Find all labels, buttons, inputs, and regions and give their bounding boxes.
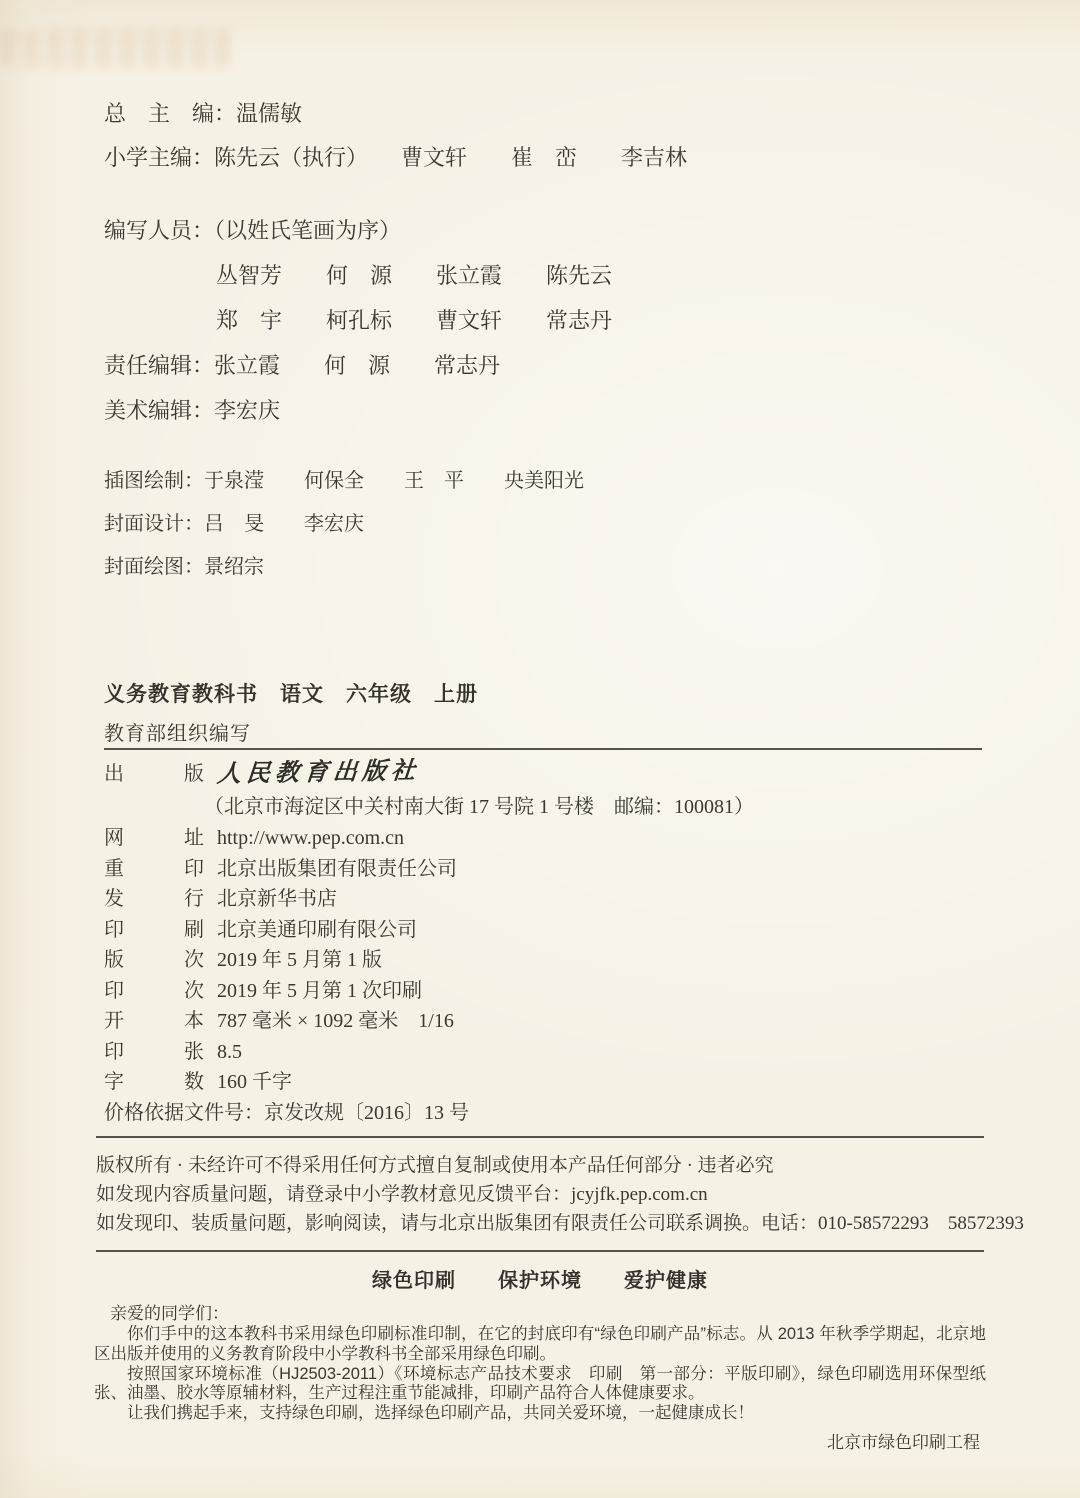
compilers-name-row: 丛智芳 何 源 张立霞 陈先云: [104, 253, 612, 298]
green-print-paragraph-3: 让我们携起手来，支持绿色印刷，选择绿色印刷产品，共同关爱环境，一起健康成长！: [94, 1404, 986, 1424]
responsible-editor-row: 责任编辑：张立霞 何 源 常志丹: [104, 343, 612, 388]
chief-editors-block: 总 主 编：温儒敏 小学主编：陈先云（执行） 曹文轩 崔 峦 李吉林: [104, 92, 687, 180]
cover-art-label: 封面绘图：: [104, 556, 204, 578]
impression-row: 印 次2019 年 5 月第 1 次印刷: [104, 976, 754, 1007]
compilers-header-row: 编写人员：（以姓氏笔画为序）: [104, 208, 612, 253]
chief-editor-label: 总 主 编：: [104, 101, 236, 126]
exchange-line: 如发现印、装质量问题，影响阅读，请与北京出版集团有限责任公司联系调换。电话：01…: [96, 1209, 1024, 1238]
format-value: 787 毫米 × 1092 毫米 1/16: [217, 1010, 454, 1032]
sheets-label: 印 张: [104, 1041, 204, 1063]
publisher-row: 出 版人民教育出版社: [104, 757, 754, 791]
wordcount-value: 160 千字: [217, 1071, 292, 1093]
divider-top: [104, 748, 982, 750]
price-doc-line: 价格依据文件号：京发改规〔2016〕13 号: [104, 1098, 754, 1129]
impression-label: 印 次: [104, 980, 204, 1002]
cover-design-names: 吕 旻 李宏庆: [204, 513, 364, 535]
book-title-block: 义务教育教科书 语文 六年级 上册 教育部组织编写: [104, 678, 478, 746]
green-print-block: 绿色印刷 保护环境 爱护健康 亲爱的同学们： 你们手中的这本教科书采用绿色印刷标…: [94, 1264, 986, 1453]
compilers-order-note: （以姓氏笔画为序）: [214, 218, 401, 243]
book-byline: 教育部组织编写: [104, 717, 478, 746]
green-print-salutation: 亲爱的同学们：: [94, 1303, 986, 1325]
cover-design-row: 封面设计：吕 旻 李宏庆: [104, 503, 584, 546]
primary-editors-label: 小学主编：: [104, 145, 214, 170]
publication-block: 出 版人民教育出版社 （北京市海淀区中关村南大街 17 号院 1 号楼 邮编：1…: [104, 757, 754, 1128]
art-editor-label: 美术编辑：: [104, 398, 214, 423]
copyright-notice: 版权所有 · 未经许可不得采用任何方式擅自复制或使用本产品任何部分 · 违者必究: [96, 1151, 1024, 1180]
chief-editor-row: 总 主 编：温儒敏: [104, 92, 687, 136]
cover-design-label: 封面设计：: [104, 513, 204, 535]
distribution-label: 发 行: [104, 888, 204, 910]
green-print-signature: 北京市绿色印刷工程: [94, 1428, 986, 1453]
cover-art-row: 封面绘图：景绍宗: [104, 546, 584, 589]
distribution-value: 北京新华书店: [217, 888, 337, 910]
publisher-logotype: 人民教育出版社: [216, 755, 422, 792]
edition-label: 版 次: [104, 949, 204, 971]
compilers-block: 编写人员：（以姓氏笔画为序） 丛智芳 何 源 张立霞 陈先云 郑 宇 柯孔标 曹…: [104, 208, 612, 433]
art-editor-row: 美术编辑：李宏庆: [104, 388, 612, 433]
printer-label: 印 刷: [104, 919, 204, 941]
wordcount-label: 字 数: [104, 1071, 204, 1093]
chief-editor-name: 温儒敏: [236, 101, 302, 126]
format-row: 开 本787 毫米 × 1092 毫米 1/16: [104, 1006, 754, 1037]
primary-editors-names: 陈先云（执行） 曹文轩 崔 峦 李吉林: [214, 145, 687, 170]
responsible-editor-label: 责任编辑：: [104, 353, 214, 378]
book-title: 义务教育教科书 语文 六年级 上册: [104, 678, 478, 708]
publisher-address: （北京市海淀区中关村南大街 17 号院 1 号楼 邮编：100081）: [104, 791, 754, 823]
printer-row: 印 刷北京美通印刷有限公司: [104, 915, 754, 946]
compilers-name-row: 郑 宇 柯孔标 曹文轩 常志丹: [104, 298, 612, 343]
edition-value: 2019 年 5 月第 1 版: [217, 949, 382, 971]
edition-row: 版 次2019 年 5 月第 1 版: [104, 945, 754, 976]
primary-editors-row: 小学主编：陈先云（执行） 曹文轩 崔 峦 李吉林: [104, 136, 687, 180]
wordcount-row: 字 数160 千字: [104, 1067, 754, 1098]
distribution-row: 发 行北京新华书店: [104, 884, 754, 915]
publisher-label: 出 版: [104, 763, 204, 785]
website-url: http://www.pep.com.cn: [217, 827, 404, 849]
reprint-row: 重 印北京出版集团有限责任公司: [104, 854, 754, 885]
sheets-row: 印 张8.5: [104, 1037, 754, 1068]
colophon-page: 总 主 编：温儒敏 小学主编：陈先云（执行） 曹文轩 崔 峦 李吉林 编写人员：…: [0, 0, 1080, 1498]
cover-art-name: 景绍宗: [204, 556, 264, 578]
reprint-value: 北京出版集团有限责任公司: [217, 858, 457, 880]
illustration-label: 插图绘制：: [104, 470, 204, 492]
impression-value: 2019 年 5 月第 1 次印刷: [217, 980, 422, 1002]
illustration-row: 插图绘制：于泉滢 何保全 王 平 央美阳光: [104, 460, 584, 503]
feedback-line: 如发现内容质量问题，请登录中小学教材意见反馈平台：jcyjfk.pep.com.…: [96, 1180, 1024, 1209]
illustration-names: 于泉滢 何保全 王 平 央美阳光: [204, 470, 584, 492]
reprint-label: 重 印: [104, 858, 204, 880]
responsible-editor-names: 张立霞 何 源 常志丹: [214, 353, 500, 378]
format-label: 开 本: [104, 1010, 204, 1032]
sheets-value: 8.5: [217, 1041, 242, 1063]
printer-value: 北京美通印刷有限公司: [217, 919, 417, 941]
divider-bottom: [96, 1250, 984, 1252]
scan-ghost-artifact: [0, 28, 230, 68]
website-row: 网 址http://www.pep.com.cn: [104, 823, 754, 854]
green-print-paragraph-1: 你们手中的这本教科书采用绿色印刷标准印制，在它的封底印有“绿色印刷产品”标志。从…: [94, 1325, 986, 1365]
green-print-heading: 绿色印刷 保护环境 爱护健康: [94, 1264, 986, 1293]
website-label: 网 址: [104, 827, 204, 849]
divider-middle: [96, 1136, 984, 1138]
design-credits-block: 插图绘制：于泉滢 何保全 王 平 央美阳光 封面设计：吕 旻 李宏庆 封面绘图：…: [104, 460, 584, 589]
compilers-label: 编写人员：: [104, 218, 214, 243]
copyright-block: 版权所有 · 未经许可不得采用任何方式擅自复制或使用本产品任何部分 · 违者必究…: [96, 1151, 1024, 1238]
art-editor-name: 李宏庆: [214, 398, 280, 423]
green-print-paragraph-2: 按照国家环境标准（HJ2503-2011）《环境标志产品技术要求 印刷 第一部分…: [94, 1365, 986, 1405]
